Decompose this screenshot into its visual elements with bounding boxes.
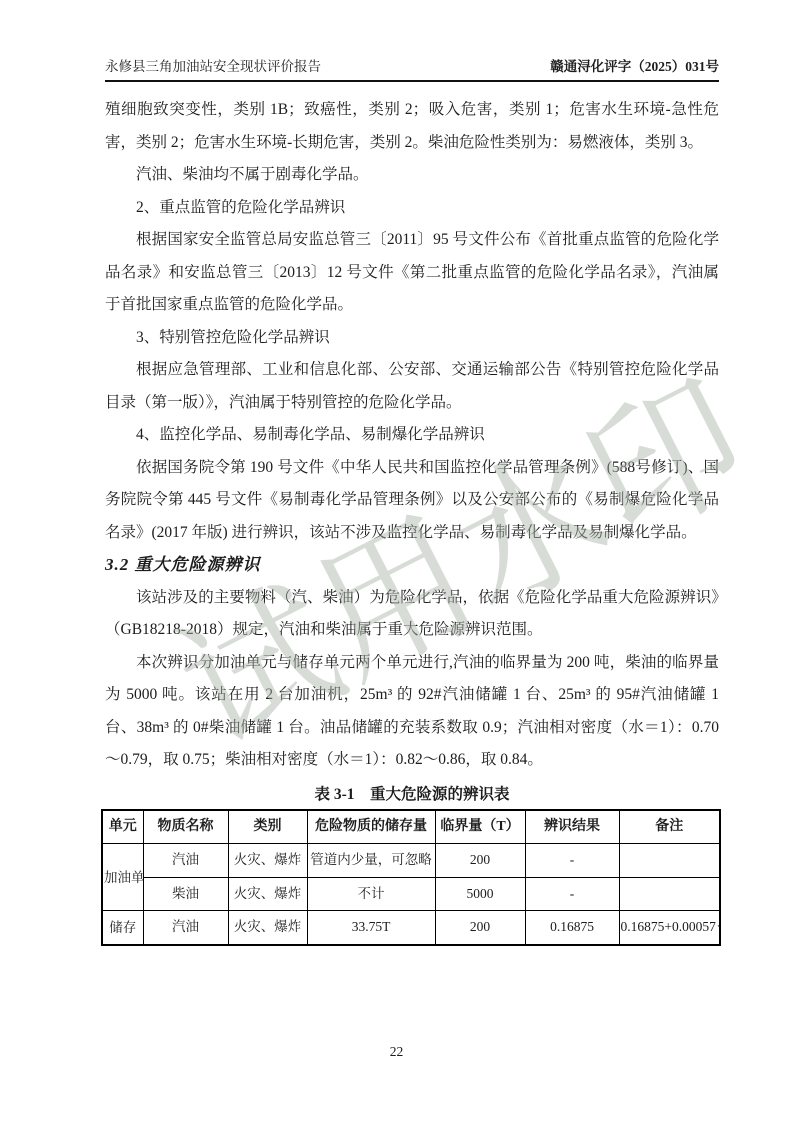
header-rule: [105, 80, 719, 82]
header-document-number: 赣通浔化评字（2025）031号: [550, 58, 719, 76]
substance-cell: 汽油: [143, 911, 228, 945]
table-row: 加油单元 汽油 火灾、爆炸 管道内少量，可忽略 200 -: [102, 844, 720, 878]
unit-cell: 加油单元: [102, 844, 143, 911]
page-header: 永修县三角加油站安全现状评价报告 赣通浔化评字（2025）031号: [105, 58, 719, 76]
section-heading: 3.2 重大危险源辨识: [105, 549, 719, 582]
storage-cell: 管道内少量，可忽略: [307, 844, 435, 878]
threshold-cell: 200: [435, 844, 525, 878]
paragraph: 殖细胞致突变性，类别 1B；致癌性，类别 2；吸入危害，类别 1；危害水生环境-…: [105, 94, 719, 159]
storage-cell: 不计: [307, 877, 435, 911]
list-item-heading: 4、监控化学品、易制毒化学品、易制爆化学品辨识: [105, 419, 719, 452]
table-title: 表 3-1 重大危险源的辨识表: [105, 780, 719, 809]
column-header: 备注: [619, 810, 720, 844]
column-header: 辨识结果: [525, 810, 619, 844]
threshold-cell: 5000: [435, 877, 525, 911]
list-item-heading: 2、重点监管的危险化学品辨识: [105, 192, 719, 225]
paragraph: 汽油、柴油均不属于剧毒化学品。: [105, 159, 719, 192]
paragraph: 本次辨识分加油单元与储存单元两个单元进行,汽油的临界量为 200 吨，柴油的临界…: [105, 647, 719, 777]
result-cell: -: [525, 877, 619, 911]
paragraph: 根据应急管理部、工业和信息化部、公安部、交通运输部公告《特别管控危险化学品目录（…: [105, 354, 719, 419]
result-cell: 0.16875: [525, 911, 619, 945]
substance-cell: 汽油: [143, 844, 228, 878]
paragraph: 根据国家安全监管总局安监总管三〔2011〕95 号文件公布《首批重点监管的危险化…: [105, 224, 719, 322]
category-cell: 火灾、爆炸: [228, 844, 307, 878]
page-number: 22: [0, 1044, 793, 1060]
unit-cell: 储存: [102, 911, 143, 945]
document-page: 永修县三角加油站安全现状评价报告 赣通浔化评字（2025）031号 殖细胞致突变…: [0, 0, 793, 1122]
table-header-row: 单元 物质名称 类别 危险物质的储存量 临界量（T） 辨识结果 备注: [102, 810, 720, 844]
table-row: 储存 汽油 火灾、爆炸 33.75T 200 0.16875 0.16875+0…: [102, 911, 720, 945]
column-header: 临界量（T）: [435, 810, 525, 844]
threshold-cell: 200: [435, 911, 525, 945]
column-header: 类别: [228, 810, 307, 844]
paragraph: 该站涉及的主要物料（汽、柴油）为危险化学品，依据《危险化学品重大危险源辨识》（G…: [105, 582, 719, 647]
table-row: 柴油 火灾、爆炸 不计 5000 -: [102, 877, 720, 911]
column-header: 危险物质的储存量: [307, 810, 435, 844]
column-header: 物质名称: [143, 810, 228, 844]
hazard-identification-table: 单元 物质名称 类别 危险物质的储存量 临界量（T） 辨识结果 备注 加油单元 …: [101, 809, 721, 946]
note-cell: [619, 877, 720, 911]
list-item-heading: 3、特别管控危险化学品辨识: [105, 322, 719, 355]
storage-cell: 33.75T: [307, 911, 435, 945]
note-cell: [619, 844, 720, 878]
header-report-title: 永修县三角加油站安全现状评价报告: [105, 58, 321, 76]
note-cell: 0.16875+0.00057＜1,: [619, 911, 720, 945]
document-body: 殖细胞致突变性，类别 1B；致癌性，类别 2；吸入危害，类别 1；危害水生环境-…: [105, 94, 719, 946]
paragraph: 依据国务院令第 190 号文件《中华人民共和国监控化学品管理条例》(588号修订…: [105, 452, 719, 550]
column-header: 单元: [102, 810, 143, 844]
substance-cell: 柴油: [143, 877, 228, 911]
category-cell: 火灾、爆炸: [228, 877, 307, 911]
result-cell: -: [525, 844, 619, 878]
category-cell: 火灾、爆炸: [228, 911, 307, 945]
